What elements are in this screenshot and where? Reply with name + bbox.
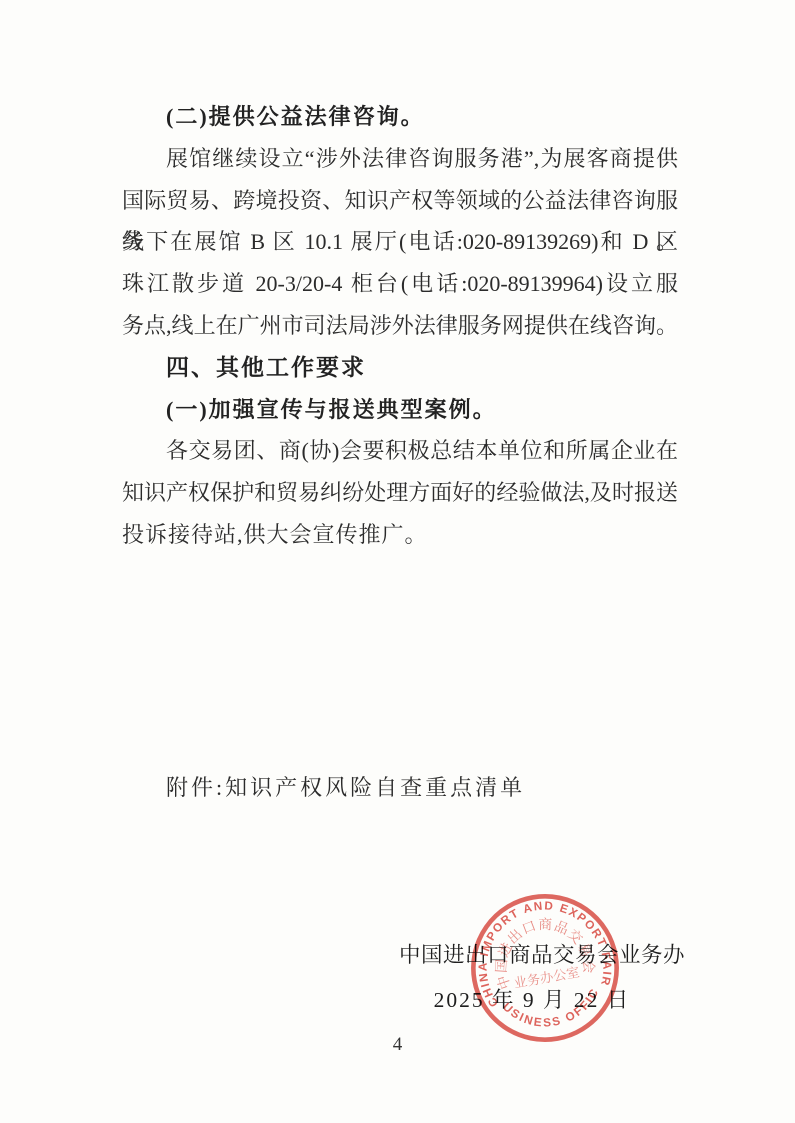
document-page: (二)提供公益法律咨询。 展馆继续设立“涉外法律咨询服务港”,为展客商提供 国际…: [0, 0, 795, 1123]
issue-date: 2025 年 9 月 22 日: [388, 979, 676, 1021]
section-heading-2: (二)提供公益法律咨询。: [122, 96, 678, 138]
page-number: 4: [0, 1034, 795, 1056]
attachment-line: 附件:知识产权风险自查重点清单: [166, 767, 525, 809]
document-body: (二)提供公益法律咨询。 展馆继续设立“涉外法律咨询服务港”,为展客商提供 国际…: [122, 96, 678, 556]
paragraph1-line-5: 务点,线上在广州市司法局涉外法律服务网提供在线咨询。: [122, 305, 678, 347]
section-heading-4: 四、其他工作要求: [122, 347, 678, 389]
issuing-office-signature: 中国进出口商品交易会业务办: [398, 934, 686, 976]
paragraph1-line-4: 珠江散步道 20-3/20-4 柜台(电话:020-89139964)设立服: [122, 263, 678, 305]
section-heading-4-1: (一)加强宣传与报送典型案例。: [122, 389, 678, 431]
paragraph2-line-1: 各交易团、商(协)会要积极总结本单位和所属企业在: [122, 430, 678, 472]
paragraph2-line-3: 投诉接待站,供大会宣传推广。: [122, 514, 678, 556]
paragraph1-line-3: 线下在展馆 B 区 10.1 展厅(电话:020-89139269)和 D 区: [122, 221, 678, 263]
paragraph1-line-1: 展馆继续设立“涉外法律咨询服务港”,为展客商提供: [122, 138, 678, 180]
paragraph1-line-2: 国际贸易、跨境投资、知识产权等领域的公益法律咨询服务。: [122, 180, 678, 222]
paragraph2-line-2: 知识产权保护和贸易纠纷处理方面好的经验做法,及时报送: [122, 472, 678, 514]
